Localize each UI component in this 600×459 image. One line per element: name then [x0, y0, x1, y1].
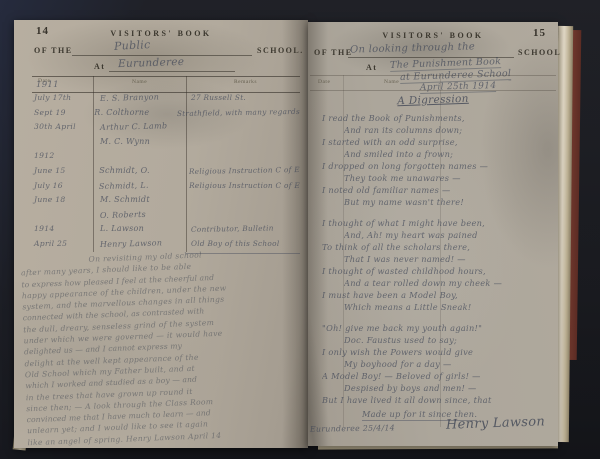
- book-title-right: VISITORS' BOOK: [308, 31, 558, 40]
- handwritten-note: On revisiting my old school after many y…: [20, 246, 305, 449]
- place-handwritten-left: Eurunderee: [118, 56, 185, 70]
- footer-place-date: Eurunderee 25/4/14: [310, 423, 395, 433]
- school-name-handwritten: Public: [114, 38, 151, 53]
- poem-line: My boyhood for a day —: [344, 358, 548, 370]
- row-date: 1912: [32, 151, 93, 166]
- row-name: [93, 150, 186, 167]
- poem-line: I must have been a Model Boy,: [322, 289, 548, 301]
- row-remarks: [186, 151, 300, 166]
- poem-line: I read the Book of Punishments,: [322, 112, 548, 124]
- poem-stanza-3: "Oh! give me back my youth again!" Doc. …: [322, 322, 548, 425]
- of-the-label-right: OF THE: [314, 48, 353, 57]
- table-row: June 15Schmidt, O.Religious Instruction …: [32, 166, 300, 181]
- row-remarks: Contributor, Bulletin: [186, 223, 300, 240]
- row-date: [32, 137, 93, 152]
- table-row: 1914L. LawsonContributor, Bulletin: [32, 224, 300, 239]
- row-name: Arthur C. Lamb: [93, 121, 186, 138]
- row-date: [32, 210, 93, 225]
- at-rule-left: [109, 71, 235, 72]
- right-page: VISITORS' BOOK 15 OF THE SCHOOL On looki…: [308, 22, 558, 446]
- row-name: Schmidt, L.: [92, 179, 184, 196]
- poem-stanza-2: I thought of what I might have been, And…: [322, 217, 548, 313]
- row-remarks: 27 Russell St.: [186, 93, 300, 108]
- row-date: June 18: [32, 195, 93, 210]
- poem-line: To think of all the scholars there,: [322, 241, 548, 253]
- school-label-left: SCHOOL.: [257, 46, 304, 55]
- row-remarks: [186, 210, 300, 225]
- headline-handwritten: On looking through the: [350, 41, 475, 55]
- table-row: O. Roberts: [32, 210, 300, 225]
- poem-line: Despised by boys and men! —: [344, 382, 548, 394]
- at-label-left: At: [94, 62, 105, 71]
- visitors-table: Date Name Remarks 1911 July 17thE. S. Br…: [32, 76, 300, 254]
- row-date: June 15: [32, 166, 92, 181]
- poem-line: I thought of wasted childhood hours,: [322, 265, 548, 277]
- table-rows: July 17thE. S. Branyon27 Russell St. Sep…: [32, 93, 300, 254]
- row-date: July 17th: [32, 93, 93, 108]
- row-remarks: Religious Instruction C of E: [184, 165, 300, 182]
- row-name: M. Schmidt: [93, 195, 186, 210]
- signature: Henry Lawson: [446, 414, 546, 432]
- row-date: 1914: [32, 224, 93, 239]
- poem-line: Doc. Faustus used to say;: [344, 334, 548, 346]
- table-header-row: Date Name Remarks 1911: [32, 76, 300, 93]
- row-name: O. Roberts: [93, 209, 186, 226]
- table-rule-top-right: [310, 75, 556, 76]
- poem-line: I dropped on long forgotten names —: [322, 160, 548, 172]
- col-header-date-right: Date: [318, 79, 330, 85]
- poem-line: And a tear rolled down my cheek —: [344, 277, 548, 289]
- book-photo: 14 VISITORS' BOOK OF THE SCHOOL. Public …: [0, 0, 600, 459]
- poem-line: "Oh! give me back my youth again!": [322, 322, 548, 334]
- table-row: 30th AprilArthur C. Lamb: [32, 122, 300, 137]
- poem-line: And ran its columns down;: [344, 124, 548, 136]
- table-row: Sept 19R. ColthorneStrathfield, with man…: [32, 108, 300, 123]
- poem-line: But I have lived it all down since, that: [322, 394, 548, 406]
- poem-line: Which means a Little Sneak!: [344, 301, 548, 313]
- poem-line: I started with an odd surprise,: [322, 136, 548, 148]
- row-remarks: Religious Instruction C of E: [184, 181, 300, 196]
- at-label-right: At: [366, 63, 377, 72]
- row-name: E. S. Branyon: [93, 92, 186, 109]
- row-name: Schmidt, O.: [92, 166, 184, 181]
- left-page: 14 VISITORS' BOOK OF THE SCHOOL. Public …: [14, 20, 308, 448]
- col-header-remarks: Remarks: [234, 79, 257, 85]
- poem-line: But my name wasn't there!: [344, 196, 548, 208]
- poem-line: I thought of what I might have been,: [322, 217, 548, 229]
- row-date: 30th April: [32, 122, 93, 137]
- page-number-right: 15: [533, 27, 546, 39]
- row-date: April 25: [32, 239, 93, 254]
- poem-line: I only wish the Powers would give: [322, 346, 548, 358]
- book-title-left: VISITORS' BOOK: [14, 29, 308, 38]
- of-the-label-left: OF THE: [34, 46, 73, 55]
- school-label-right: SCHOOL: [518, 48, 561, 57]
- poem-line: And smiled into a frown;: [344, 148, 548, 160]
- row-name: R. Colthorne: [87, 108, 172, 123]
- row-date: Sept 19: [32, 108, 87, 123]
- table-row: M. C. Wynn: [32, 137, 300, 152]
- poem-line: A Model Boy! — Beloved of girls! —: [322, 370, 548, 382]
- poem-stanza-1: I read the Book of Punishments, And ran …: [322, 112, 548, 208]
- poem-line: And, Ah! my heart was pained: [344, 229, 548, 241]
- table-row: July 16Schmidt, L.Religious Instruction …: [32, 181, 300, 196]
- table-row: June 18M. Schmidt: [32, 195, 300, 210]
- table-row: July 17thE. S. Branyon27 Russell St.: [32, 93, 300, 108]
- poem-line: I noted old familiar names —: [322, 184, 548, 196]
- row-remarks: [186, 136, 300, 153]
- year-handwritten: 1911: [36, 80, 59, 90]
- table-row: 1912: [32, 151, 300, 166]
- row-remarks: [186, 122, 300, 137]
- col-header-name: Name: [132, 79, 147, 85]
- poem-line: They took me unawares —: [344, 172, 548, 184]
- poem-line: That I was never named! —: [344, 253, 548, 265]
- row-remarks: [186, 194, 300, 211]
- col-header-name-right: Name: [384, 79, 399, 85]
- row-date: July 16: [32, 181, 92, 196]
- row-remarks: Strathfield, with many regards: [172, 106, 300, 123]
- row-name: L. Lawson: [93, 224, 186, 239]
